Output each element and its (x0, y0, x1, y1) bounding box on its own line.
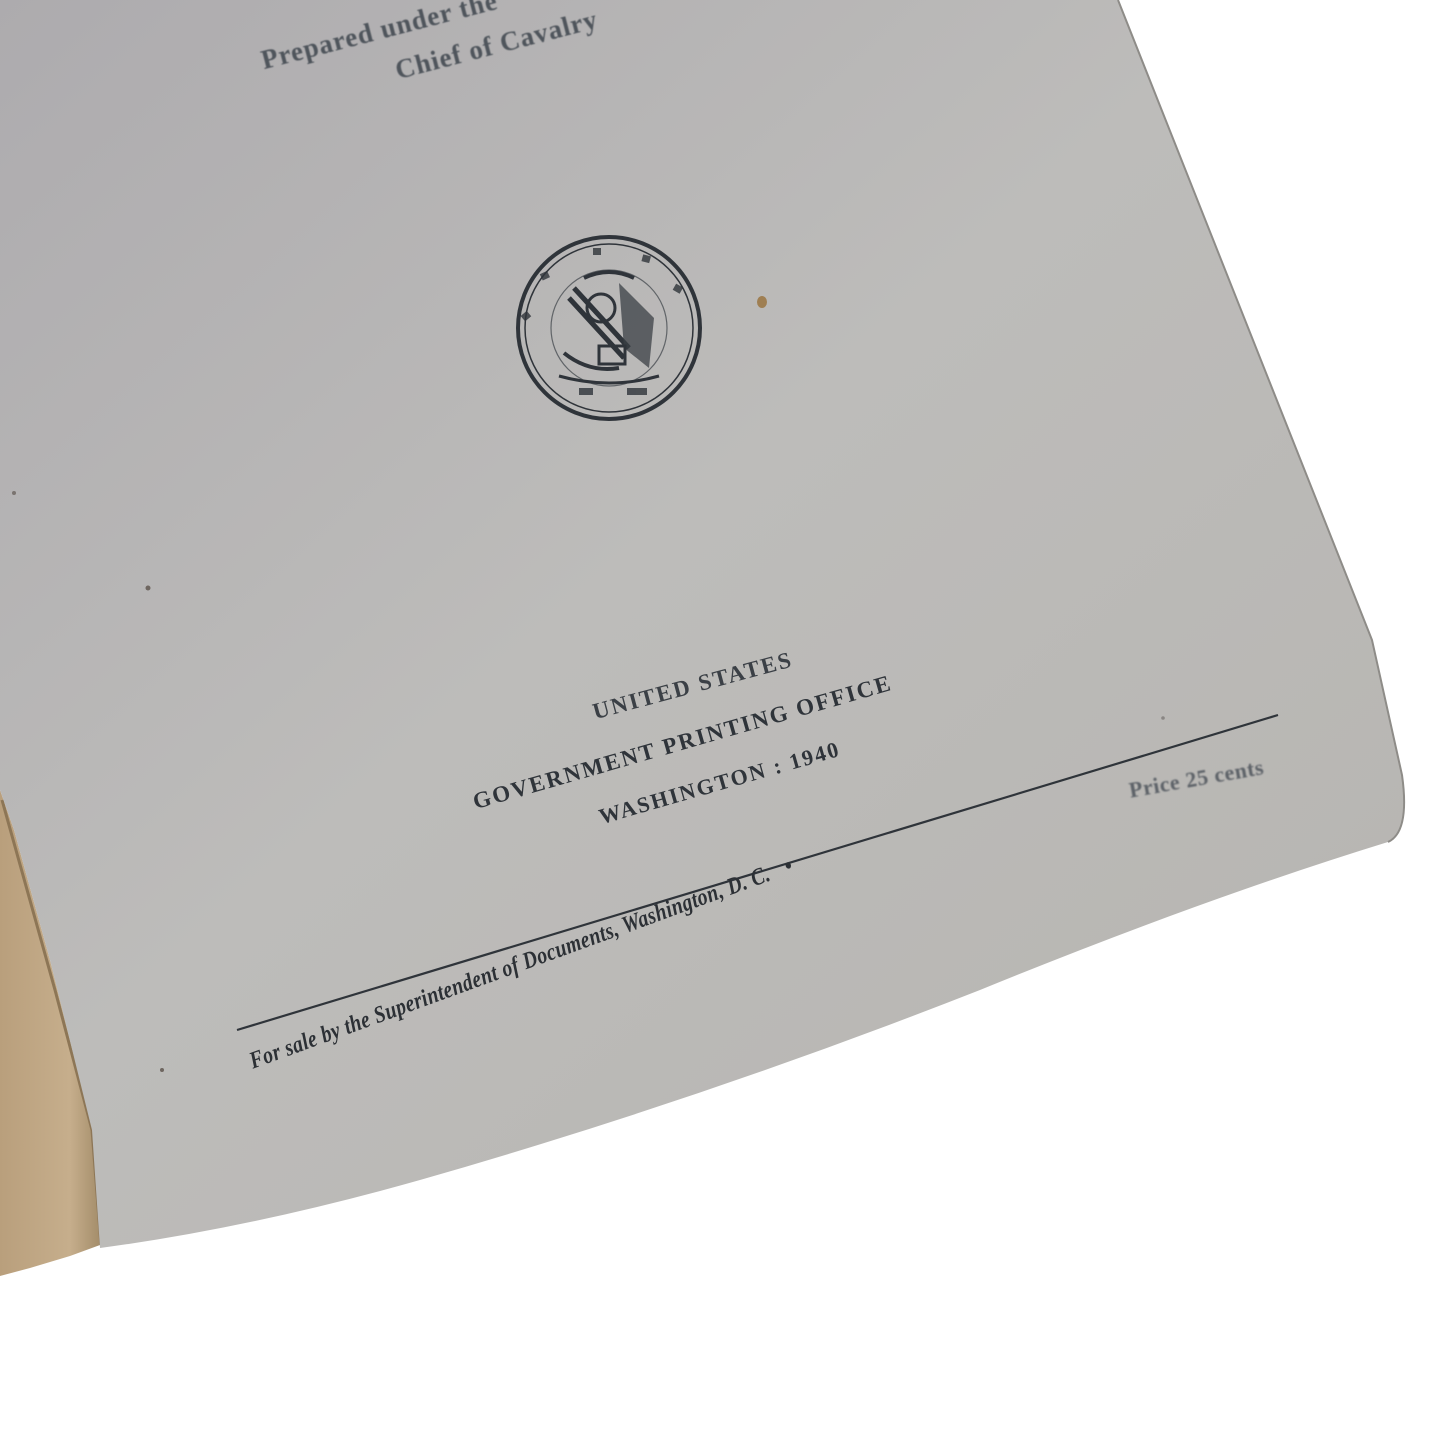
stain-spot (757, 296, 767, 308)
page-paper (0, 0, 1404, 1248)
speck (146, 586, 151, 591)
book-photo (0, 0, 1445, 1445)
speck (1161, 716, 1165, 720)
speck (160, 1068, 164, 1072)
speck (12, 491, 16, 495)
